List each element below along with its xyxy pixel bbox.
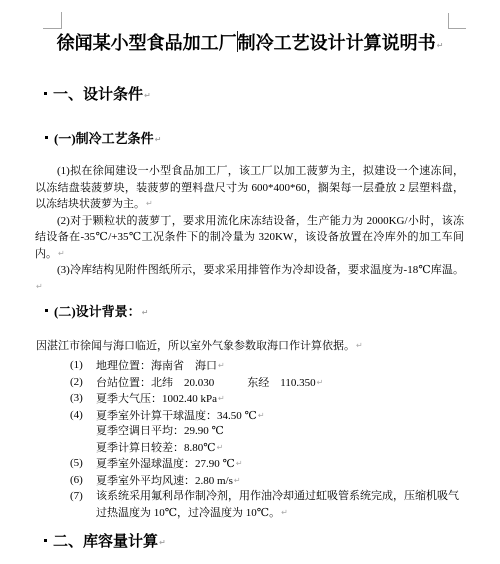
heading-section-1: 一、设计条件↵	[44, 85, 500, 106]
paragraph-mark-icon: ↵	[437, 41, 444, 50]
paragraph-2-text: (2)对于颗粒状的菠萝丁，要求用流化床冻结设备，生产能力为 2000KG/小时，…	[35, 215, 464, 260]
text-boundary-mark-top-left	[43, 12, 62, 29]
paragraph-3: (3)冷库结构见附件图纸所示，要求采用排管作为冷却设备，要求温度为-18℃库温。…	[35, 262, 464, 295]
paragraph-mark-icon: ↵	[142, 308, 149, 317]
title-text-right: 制冷工艺设计计算说明书	[238, 33, 436, 53]
paragraph-1: (1)拟在徐闻建设一小型食品加工厂，该工厂以加工菠萝为主，拟建设一个速冻间，以冻…	[35, 163, 464, 213]
heading-section-2: 二、库容量计算↵	[44, 532, 500, 553]
list-item-value: 夏季室外计算干球温度：34.50 ℃	[96, 410, 257, 422]
title-text-left: 徐闻某小型食品加工厂	[57, 33, 237, 53]
heading-bullet-icon	[44, 92, 47, 95]
list-item-number: (2)	[70, 375, 96, 392]
paragraph-mark-icon: ↵	[159, 538, 166, 547]
paragraph-mark-icon: ↵	[258, 411, 265, 420]
process-conditions-paragraphs: (1)拟在徐闻建设一小型食品加工厂，该工厂以加工菠萝为主，拟建设一个速冻间，以冻…	[35, 163, 464, 295]
design-parameters-list: (1) 地理位置：海南省 海口↵ (2) 台站位置：北纬 20.030 东经 1…	[70, 358, 466, 521]
list-item: (1) 地理位置：海南省 海口↵	[70, 358, 466, 375]
paragraph-mark-icon: ↵	[36, 282, 43, 291]
list-item: (5) 夏季室外湿球温度：27.90 ℃↵	[70, 456, 466, 473]
heading-section-2-label: 二、库容量计算	[53, 534, 158, 550]
list-item-subvalue: 夏季空调日平均：29.90 ℃	[96, 425, 224, 437]
list-item-value: 地理位置：海南省 海口	[96, 360, 217, 372]
list-item-value: 台站位置：北纬 20.030 东经 110.350	[96, 377, 316, 389]
paragraph-mark-icon: ↵	[58, 249, 65, 258]
heading-subsection-1-1: (一)制冷工艺条件↵	[45, 130, 500, 149]
paragraph-mark-icon: ↵	[218, 394, 225, 403]
background-intro: 因湛江市徐闻与海口临近，所以室外气象参数取海口作计算依据。↵	[36, 338, 464, 354]
paragraph-mark-icon: ↵	[317, 378, 324, 387]
heading-section-1-label: 一、设计条件	[53, 87, 143, 103]
list-item-text: 地理位置：海南省 海口↵	[96, 358, 466, 375]
list-item-number: (4)	[70, 408, 96, 457]
paragraph-mark-icon: ↵	[218, 361, 225, 370]
heading-subsection-1-2-label: (二)设计背景：	[54, 304, 141, 319]
paragraph-mark-icon: ↵	[146, 199, 153, 208]
list-item-subline: 夏季计算日较差：8.80℃↵	[96, 440, 466, 457]
paragraph-mark-icon: ↵	[356, 341, 363, 350]
heading-subsection-1-2: (二)设计背景：↵	[45, 303, 500, 322]
list-item: (7) 该系统采用氟利昂作制冷剂，用作油冷却通过虹吸管系统完成，压缩机吸气过热温…	[70, 489, 466, 521]
list-item: (3) 夏季大气压：1002.40 kPa↵	[70, 391, 466, 408]
paragraph-2: (2)对于颗粒状的菠萝丁，要求用流化床冻结设备，生产能力为 2000KG/小时，…	[35, 213, 464, 263]
document-page[interactable]: 徐闻某小型食品加工厂制冷工艺设计计算说明书↵ 一、设计条件↵ (一)制冷工艺条件…	[0, 0, 500, 564]
paragraph-mark-icon: ↵	[144, 91, 151, 100]
heading-bullet-icon	[45, 136, 48, 139]
list-item-number: (7)	[70, 489, 96, 521]
list-item-value: 夏季大气压：1002.40 kPa	[96, 393, 217, 405]
list-item: (4) 夏季室外计算干球温度：34.50 ℃↵ 夏季空调日平均：29.90 ℃ …	[70, 408, 466, 457]
heading-subsection-1-1-label: (一)制冷工艺条件	[54, 131, 154, 146]
list-item-number: (3)	[70, 391, 96, 408]
list-item: (2) 台站位置：北纬 20.030 东经 110.350↵	[70, 375, 466, 392]
list-item-value: 夏季室外平均风速：2.80 m/s	[96, 475, 233, 487]
text-boundary-mark-top-right	[448, 13, 466, 29]
list-item-subline: 夏季空调日平均：29.90 ℃	[96, 424, 466, 440]
paragraph-mark-icon: ↵	[281, 508, 288, 517]
list-item-value: 该系统采用氟利昂作制冷剂，用作油冷却通过虹吸管系统完成，压缩机吸气过热温度为 1…	[96, 490, 459, 519]
list-item-text: 夏季室外计算干球温度：34.50 ℃↵ 夏季空调日平均：29.90 ℃ 夏季计算…	[96, 408, 466, 457]
list-item-subvalue: 夏季计算日较差：8.80℃	[96, 442, 216, 454]
heading-bullet-icon	[44, 539, 47, 542]
list-item-text: 该系统采用氟利昂作制冷剂，用作油冷却通过虹吸管系统完成，压缩机吸气过热温度为 1…	[96, 489, 466, 521]
list-item-number: (6)	[70, 473, 96, 490]
heading-bullet-icon	[45, 309, 48, 312]
list-item: (6) 夏季室外平均风速：2.80 m/s↵	[70, 473, 466, 490]
list-item-text: 夏季室外平均风速：2.80 m/s↵	[96, 473, 466, 490]
list-item-number: (1)	[70, 358, 96, 375]
list-item-line: 夏季室外计算干球温度：34.50 ℃↵	[96, 408, 466, 425]
paragraph-1-text: (1)拟在徐闻建设一小型食品加工厂，该工厂以加工菠萝为主，拟建设一个速冻间，以冻…	[35, 165, 464, 210]
list-item-text: 夏季室外湿球温度：27.90 ℃↵	[96, 456, 466, 473]
document-title: 徐闻某小型食品加工厂制冷工艺设计计算说明书↵	[30, 31, 470, 58]
background-intro-text: 因湛江市徐闻与海口临近，所以室外气象参数取海口作计算依据。	[36, 340, 355, 352]
list-item-text: 夏季大气压：1002.40 kPa↵	[96, 391, 466, 408]
paragraph-3-text: (3)冷库结构见附件图纸所示，要求采用排管作为冷却设备，要求温度为-18℃库温。	[57, 264, 464, 276]
paragraph-mark-icon: ↵	[236, 459, 243, 468]
paragraph-mark-icon: ↵	[217, 443, 224, 452]
paragraph-mark-icon: ↵	[155, 135, 162, 144]
list-item-number: (5)	[70, 456, 96, 473]
paragraph-mark-icon: ↵	[234, 476, 241, 485]
list-item-value: 夏季室外湿球温度：27.90 ℃	[96, 458, 235, 470]
list-item-text: 台站位置：北纬 20.030 东经 110.350↵	[96, 375, 466, 392]
